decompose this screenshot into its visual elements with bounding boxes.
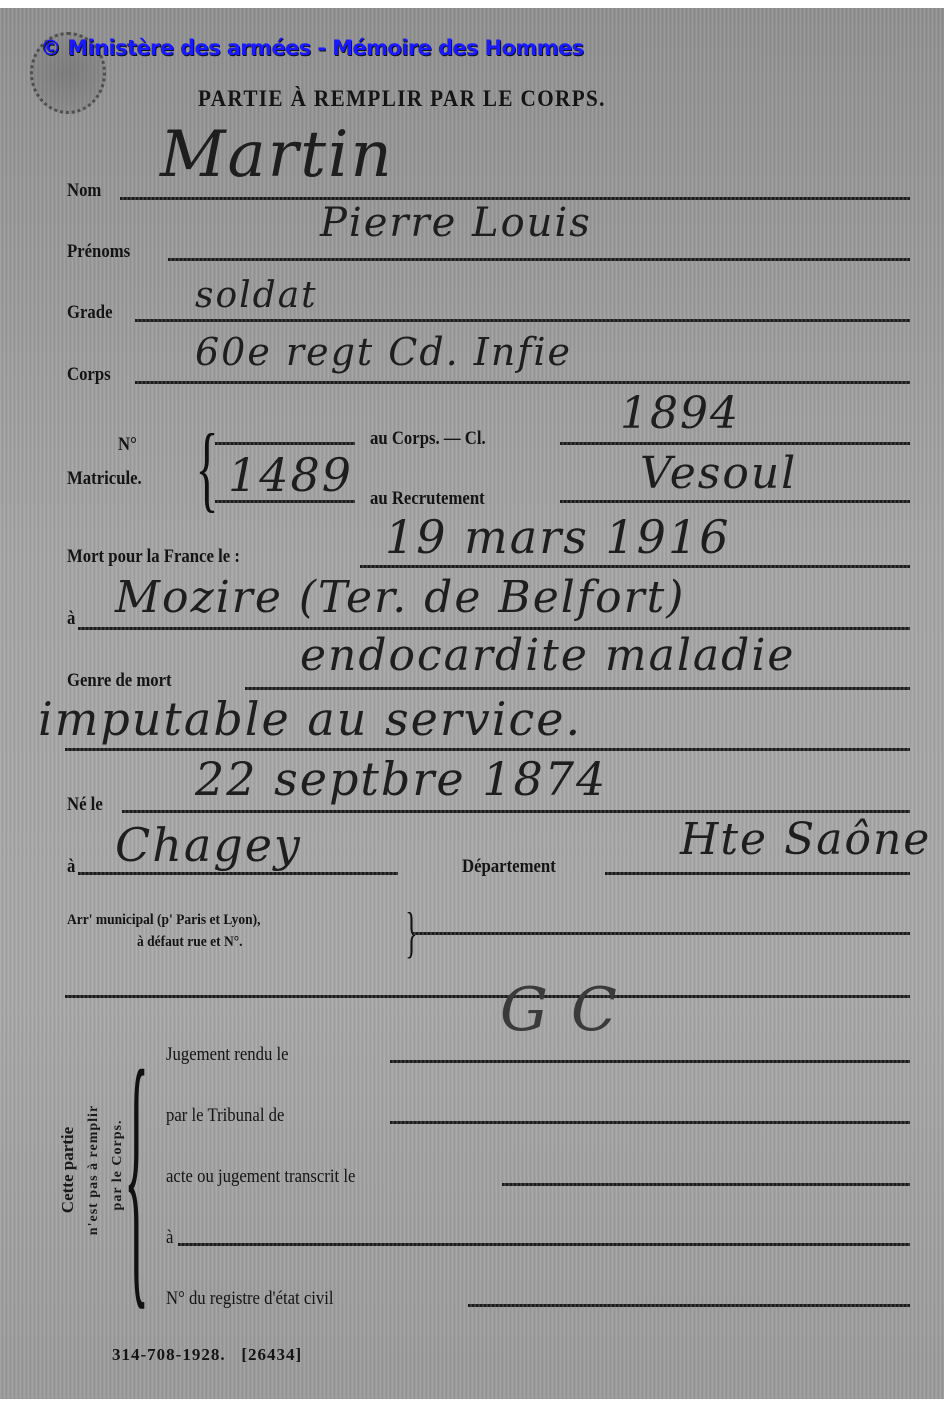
recrutement-rule <box>560 500 910 503</box>
print-number: [26434] <box>241 1345 302 1364</box>
mort-lieu-label: à <box>67 608 75 630</box>
grade-value: soldat <box>195 275 318 316</box>
print-ref: 314-708-1928. <box>112 1345 226 1364</box>
ne-lieu-value: Chagey <box>115 818 302 872</box>
tribunal-rule <box>390 1121 910 1124</box>
arrondissement-label-line1: Arr' municipal (p' Paris et Lyon), <box>67 912 261 929</box>
tribunal-label: par le Tribunal de <box>166 1105 284 1127</box>
au-corps-rule <box>215 442 355 445</box>
side-note-line3: par le Corps. <box>110 1090 126 1240</box>
au-recrutement-label: au Recrutement <box>370 488 485 510</box>
form-heading: PARTIE À REMPLIR PAR LE CORPS. <box>198 86 606 112</box>
departement-value: Hte Saône <box>680 814 931 865</box>
mort-date-value: 19 mars 1916 <box>385 510 730 564</box>
transcrit-rule <box>502 1183 910 1186</box>
ne-le-rule <box>122 810 910 813</box>
corps-value: 60e regt Cd. Infie <box>195 330 572 374</box>
grade-rule <box>135 319 910 322</box>
prenoms-value: Pierre Louis <box>320 200 592 246</box>
side-note-line1: Cette partie <box>58 1090 78 1250</box>
genre-mort-value-line1: endocardite maladie <box>300 630 795 681</box>
classe-rule <box>560 442 910 445</box>
genre-mort-rule-2 <box>65 748 910 751</box>
recrutement-place-value: Vesoul <box>640 448 797 499</box>
recrutement-number-value: 1489 <box>228 448 353 502</box>
corps-rule <box>135 381 910 384</box>
section-divider-rule <box>65 995 910 998</box>
arrondissement-rule <box>412 932 910 935</box>
matricule-no-label: N° <box>118 434 137 456</box>
transcrit-label: acte ou jugement transcrit le <box>166 1166 355 1188</box>
departement-rule <box>605 872 910 875</box>
prenoms-rule <box>168 258 910 261</box>
mort-lieu-value: Mozire (Ter. de Belfort) <box>115 572 685 623</box>
side-note-line2: n'est pas à remplir <box>86 1070 102 1270</box>
ne-le-value: 22 septbre 1874 <box>195 752 607 806</box>
genre-mort-rule <box>245 687 910 690</box>
mort-date-label: Mort pour la France le : <box>67 546 240 568</box>
prenoms-label: Prénoms <box>67 241 130 263</box>
departement-label: Département <box>462 856 556 878</box>
ne-le-label: Né le <box>67 794 103 816</box>
copyright-watermark: © Ministère des armées - Mémoire des Hom… <box>40 36 583 60</box>
matricule-label: Matricule. <box>67 468 142 490</box>
mort-date-rule <box>360 565 910 568</box>
print-reference: 314-708-1928. [26434] <box>112 1345 302 1365</box>
nom-label: Nom <box>67 180 101 202</box>
au-corps-label: au Corps. — Cl. <box>370 428 486 450</box>
genre-mort-label: Genre de mort <box>67 670 172 692</box>
grade-label: Grade <box>67 302 113 324</box>
nom-value: Martin <box>160 118 394 192</box>
civil-section-brace: { <box>124 1028 149 1318</box>
corps-label: Corps <box>67 364 111 386</box>
ne-lieu-label: à <box>67 856 75 878</box>
classe-value: 1894 <box>620 388 740 439</box>
registre-rule <box>468 1304 910 1307</box>
arrondissement-label-line2: à défaut rue et N°. <box>137 934 243 951</box>
genre-mort-value-line2: imputable au service. <box>38 692 582 746</box>
initials: G C <box>500 975 619 1045</box>
civil-a-label: à <box>166 1227 173 1249</box>
jugement-rendu-rule <box>390 1060 910 1063</box>
jugement-rendu-label: Jugement rendu le <box>166 1044 289 1066</box>
ne-lieu-rule <box>78 872 398 875</box>
civil-a-rule <box>178 1243 910 1246</box>
registre-label: N° du registre d'état civil <box>166 1288 334 1310</box>
